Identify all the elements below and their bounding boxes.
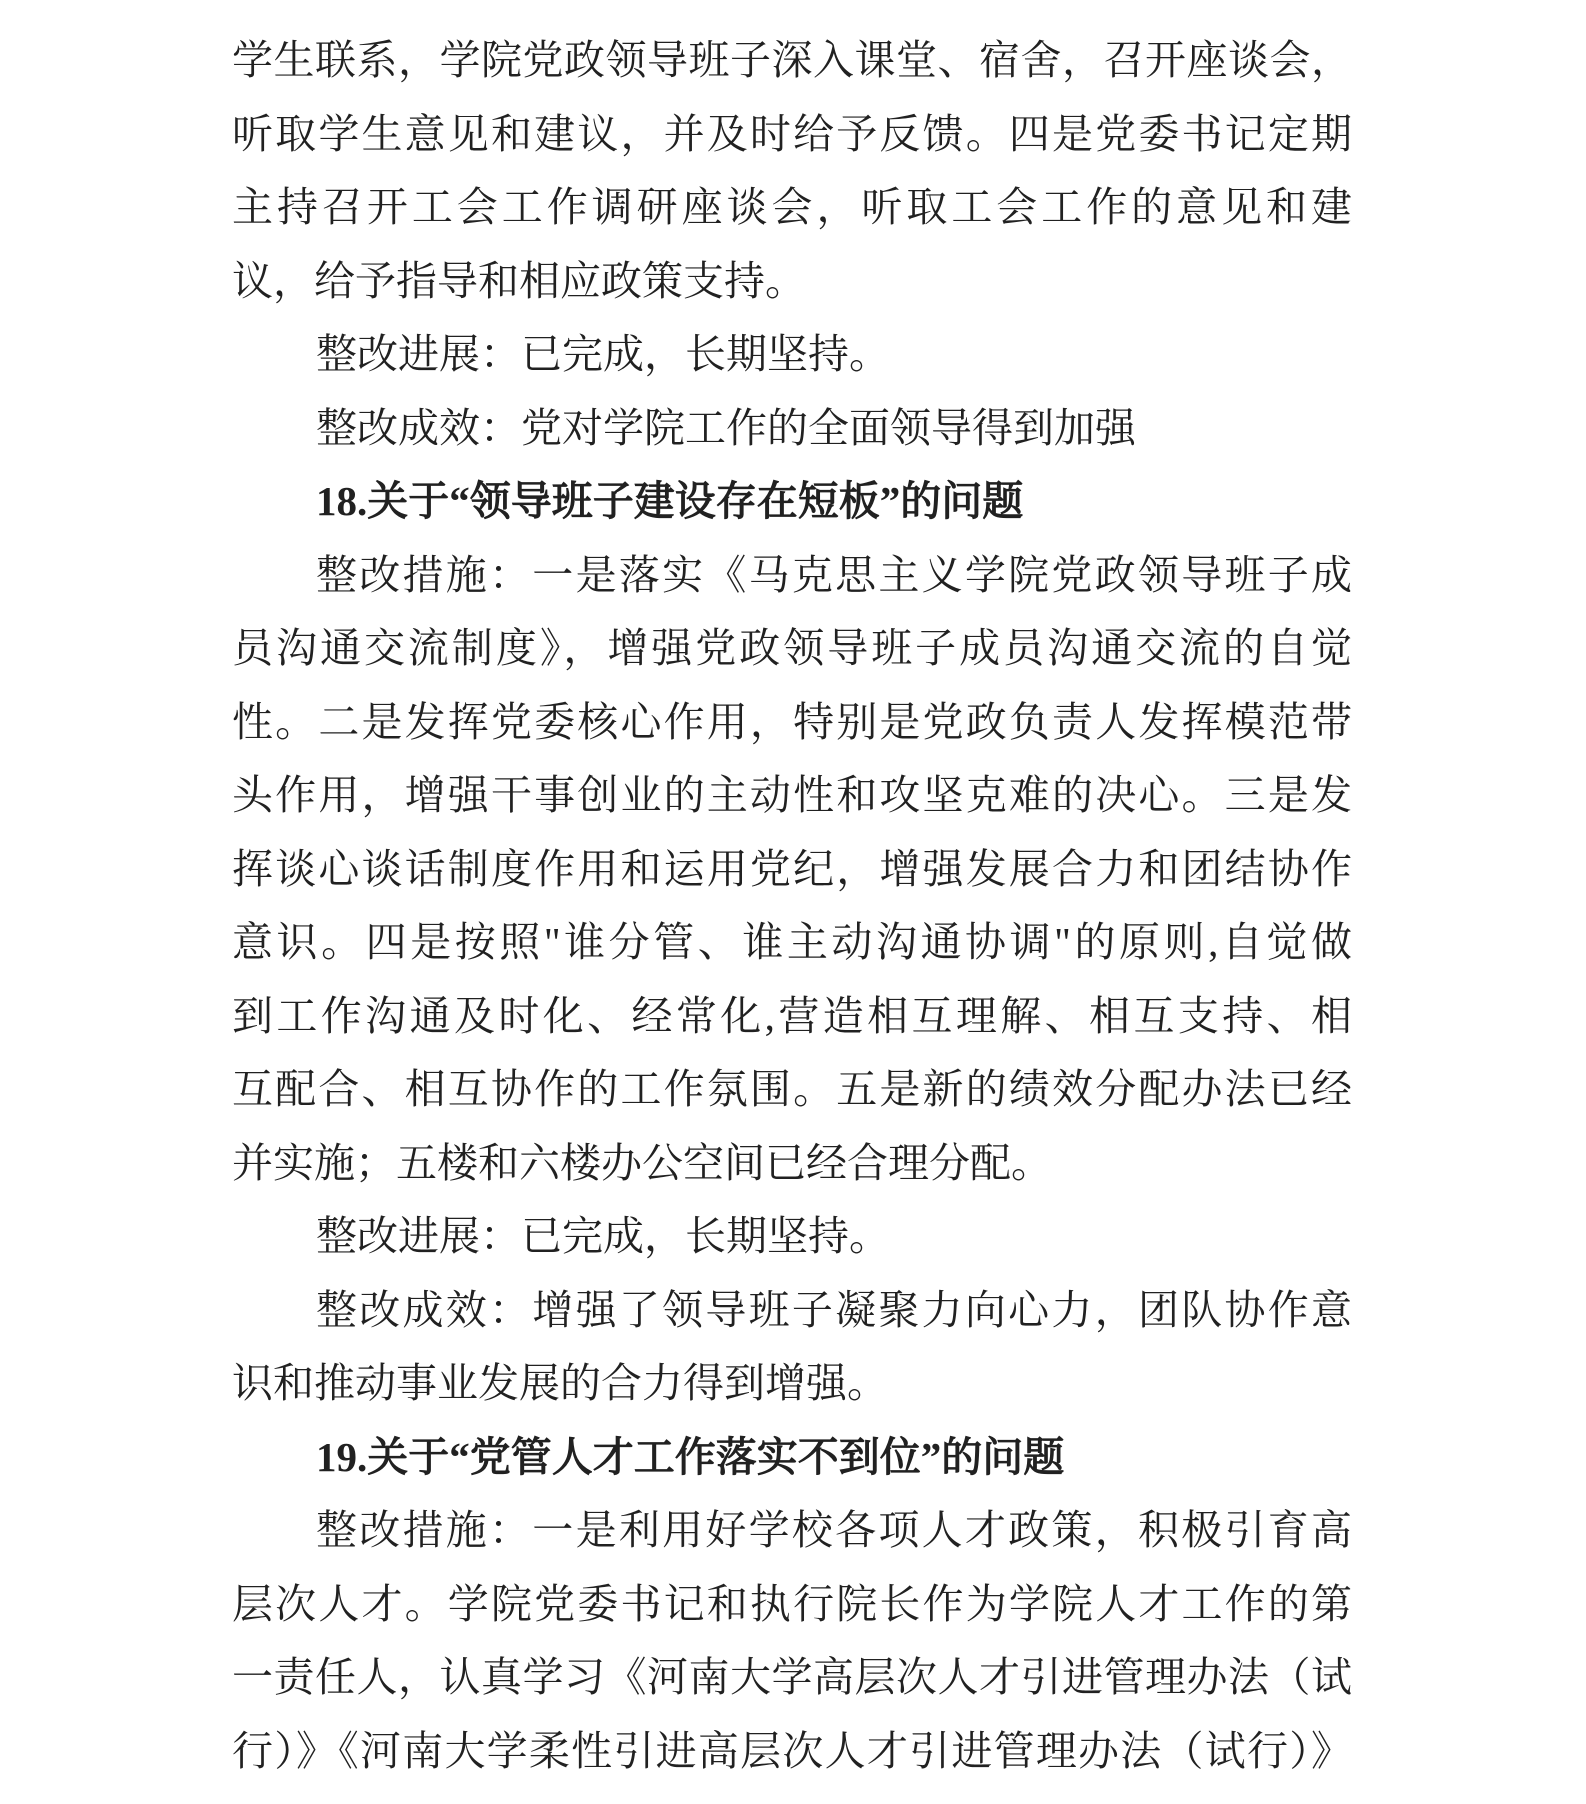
text-line: 一责任人，认真学习《河南大学高层次人才引进管理办法（试 [232,1641,1352,1715]
text-line: 头作用，增强干事创业的主动性和攻坚克难的决心。三是发 [232,759,1352,833]
text-line: 识和推动事业发展的合力得到增强。 [232,1347,1352,1421]
text-line: 整改进展：已完成，长期坚持。 [232,318,1352,392]
text-line: 学生联系，学院党政领导班子深入课堂、宿舍，召开座谈会， [232,24,1352,98]
text-line: 互配合、相互协作的工作氛围。五是新的绩效分配办法已经 [232,1053,1352,1127]
text-line: 意识。四是按照"谁分管、谁主动沟通协调"的原则,自觉做 [232,906,1352,980]
text-line: 行）》《河南大学柔性引进高层次人才引进管理办法（试行）》 [232,1715,1352,1789]
text-line: 主持召开工会工作调研座谈会，听取工会工作的意见和建 [232,171,1352,245]
text-line: 整改成效：党对学院工作的全面领导得到加强 [232,392,1352,466]
section-heading-line: 18.关于“领导班子建设存在短板”的问题 [232,465,1352,539]
text-line: 整改进展：已完成，长期坚持。 [232,1200,1352,1274]
text-line: 整改成效：增强了领导班子凝聚力向心力，团队协作意 [232,1274,1352,1348]
text-block: 学生联系，学院党政领导班子深入课堂、宿舍，召开座谈会，听取学生意见和建议，并及时… [232,24,1352,1788]
text-line: 听取学生意见和建议，并及时给予反馈。四是党委书记定期 [232,98,1352,172]
text-line: 到工作沟通及时化、经常化,营造相互理解、相互支持、相 [232,980,1352,1054]
text-line: 层次人才。学院党委书记和执行院长作为学院人才工作的第 [232,1568,1352,1642]
text-line: 员沟通交流制度》，增强党政领导班子成员沟通交流的自觉 [232,612,1352,686]
document-page: 学生联系，学院党政领导班子深入课堂、宿舍，召开座谈会，听取学生意见和建议，并及时… [0,0,1586,1804]
text-line: 挥谈心谈话制度作用和运用党纪，增强发展合力和团结协作 [232,833,1352,907]
text-line: 整改措施：一是落实《马克思主义学院党政领导班子成 [232,539,1352,613]
text-line: 议，给予指导和相应政策支持。 [232,245,1352,319]
text-line: 并实施；五楼和六楼办公空间已经合理分配。 [232,1127,1352,1201]
text-line: 性。二是发挥党委核心作用，特别是党政负责人发挥模范带 [232,686,1352,760]
section-heading-line: 19.关于“党管人才工作落实不到位”的问题 [232,1421,1352,1495]
text-line: 整改措施：一是利用好学校各项人才政策，积极引育高 [232,1494,1352,1568]
